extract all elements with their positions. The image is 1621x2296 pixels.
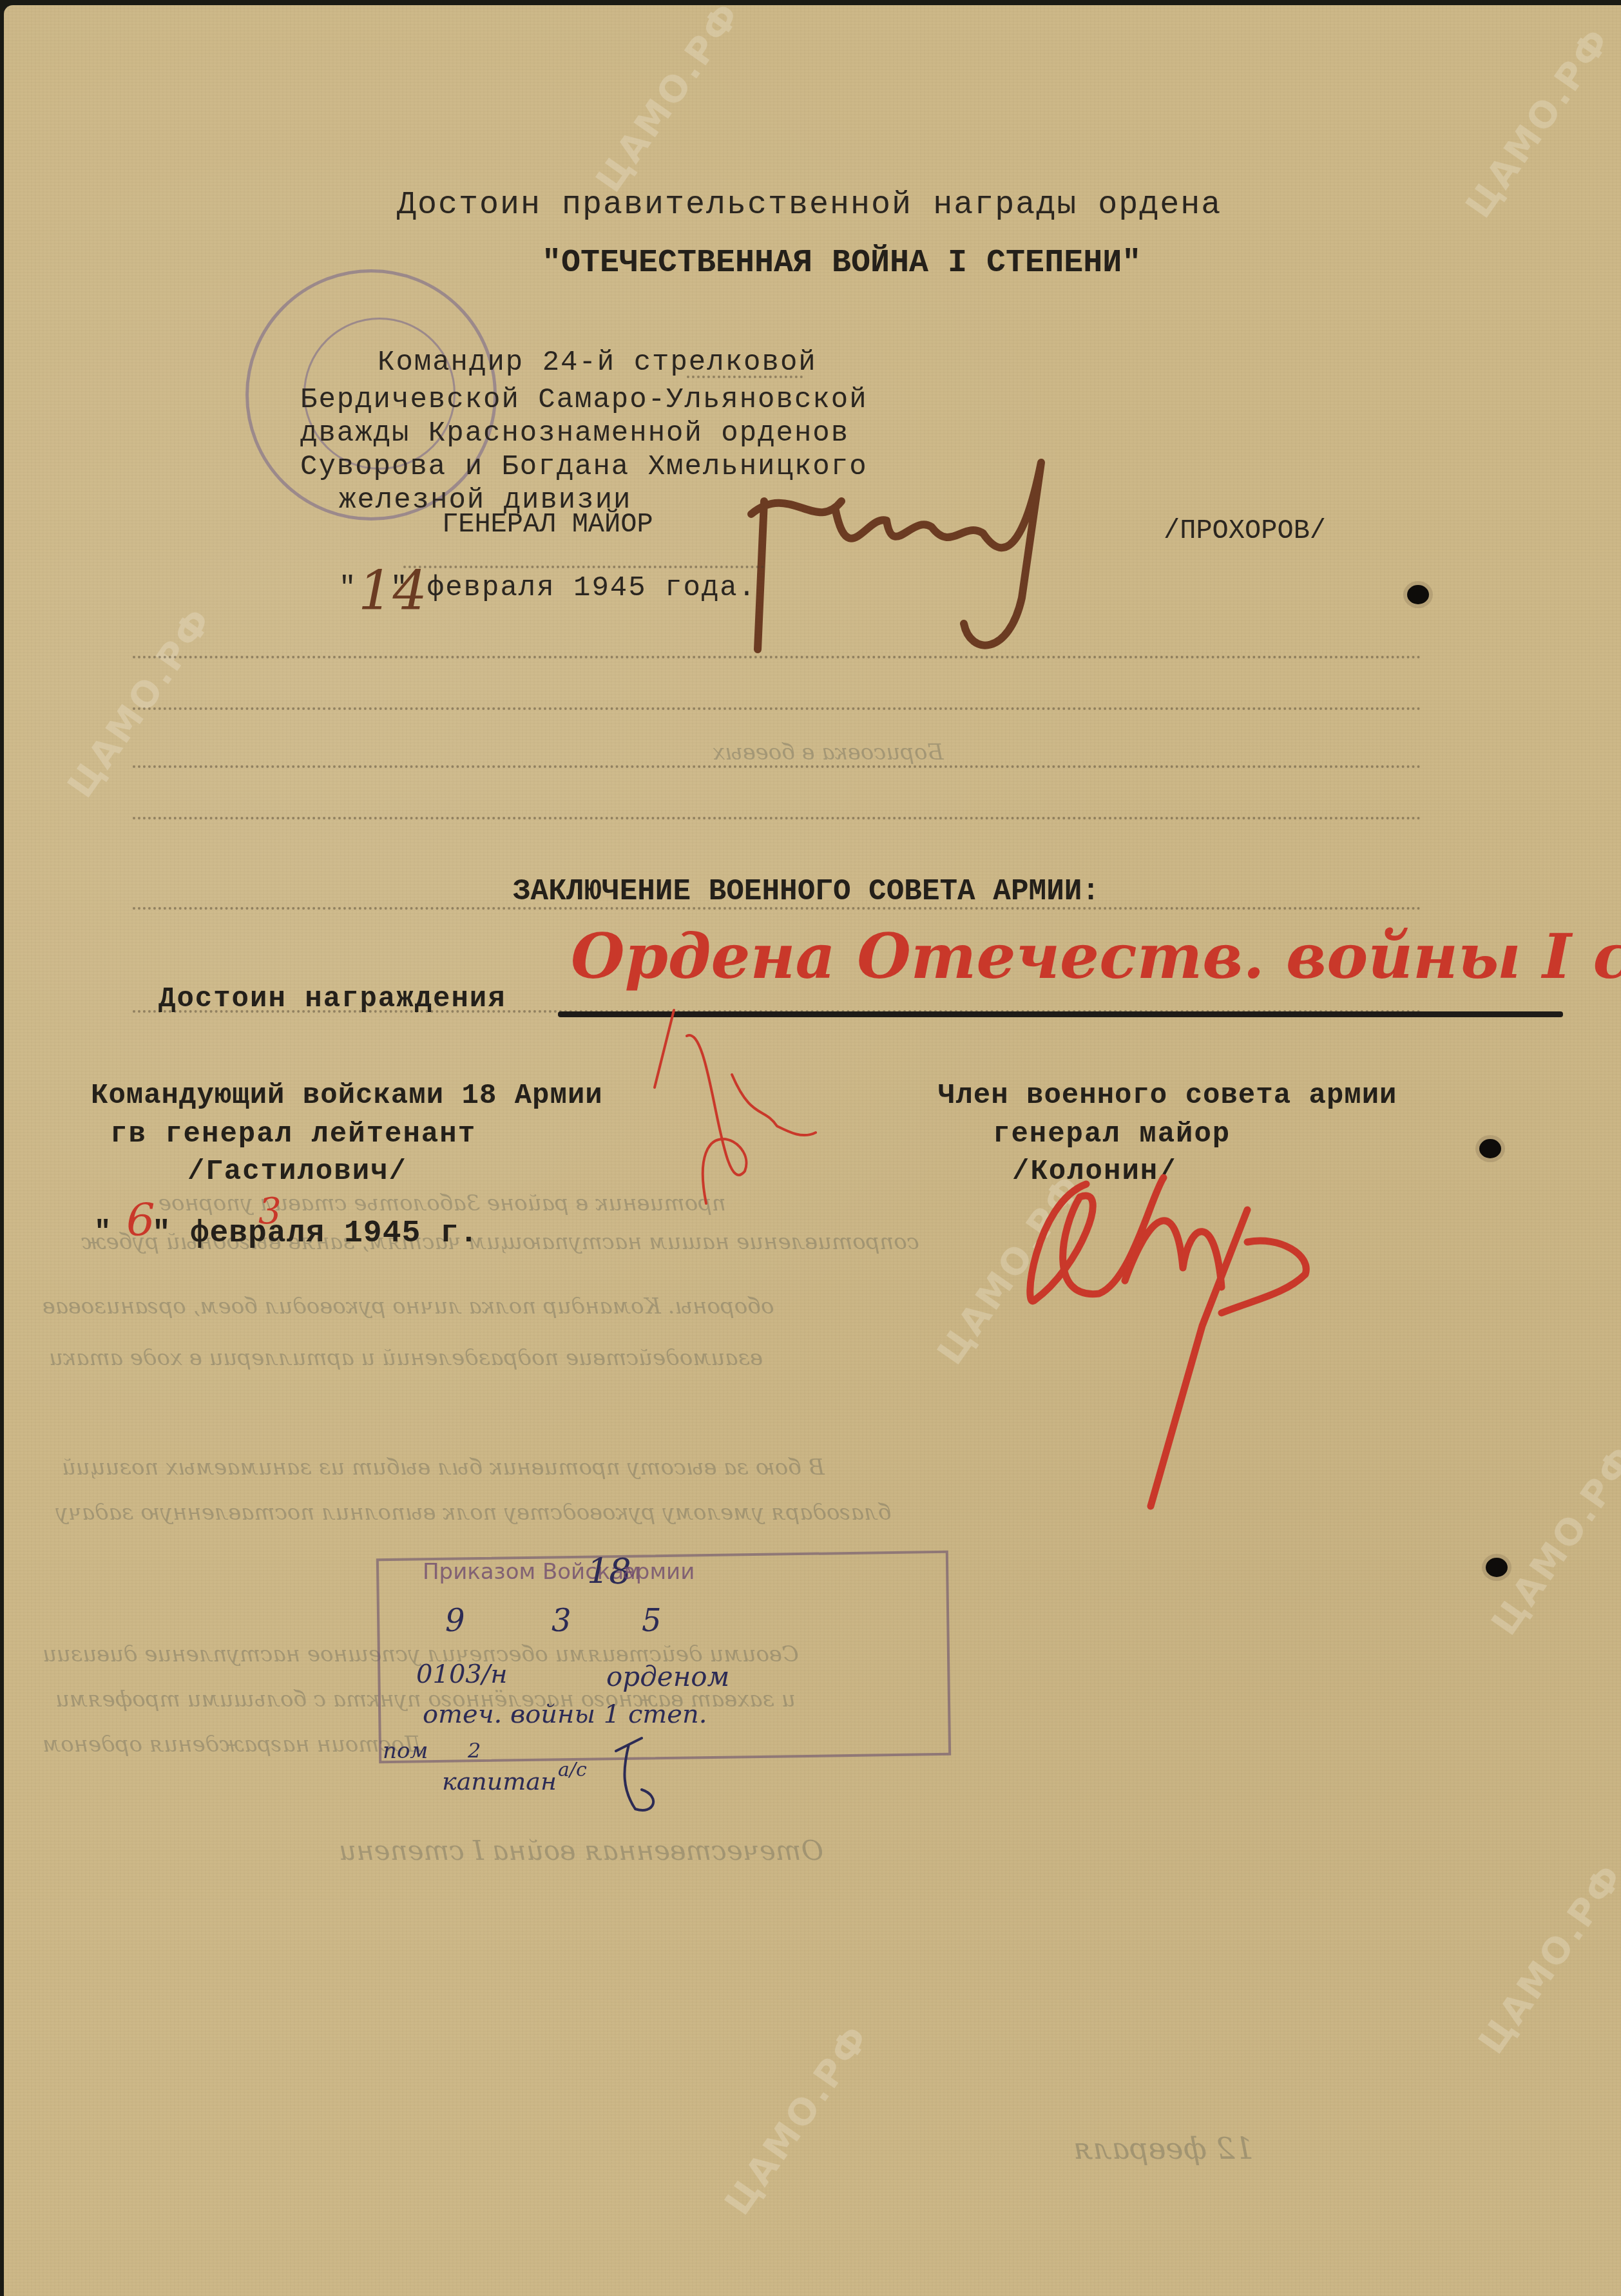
order-position-label: пом	[383, 1738, 428, 1764]
punch-hole	[1479, 1139, 1501, 1158]
dotted-line	[133, 817, 1421, 819]
order-award-line-2: отеч. войны 1 степ.	[423, 1699, 707, 1729]
council-member-title: Член военного совета армии	[938, 1080, 1397, 1112]
army-commander-name: /Гастилович/	[187, 1156, 407, 1188]
army-commander-title: Командующий войсками 18 Армии	[91, 1080, 603, 1112]
date-quote: "	[94, 1216, 112, 1248]
dotted-line	[687, 376, 803, 378]
order-stamp-suffix: армии	[622, 1559, 695, 1585]
watermark: ЦАМО.РФ	[1471, 1856, 1621, 2062]
dotted-line	[133, 765, 1421, 768]
watermark: ЦАМО.РФ	[1458, 20, 1620, 225]
commander-line: Бердичевской Самаро-Ульяновской	[300, 384, 868, 416]
watermark: ЦАМО.РФ	[717, 2017, 879, 2223]
dotted-line	[133, 656, 1421, 658]
commander-line: Командир 24-й стрелковой	[378, 347, 817, 379]
header-award-name: "ОТЕЧЕСТВЕННАЯ ВОЙНА I СТЕПЕНИ"	[542, 245, 1141, 282]
commander-date: " февраля 1945 года.	[390, 572, 756, 604]
header-line-1: Достоин правительственной награды ордена	[397, 187, 1222, 224]
order-month: 3	[552, 1603, 571, 1639]
order-award-line-1: орденом	[606, 1661, 729, 1692]
bleed-through-text: Борисовка в боевых	[713, 740, 943, 765]
army-commander-rank: гв генерал лейтенант	[110, 1118, 476, 1151]
punch-hole	[1486, 1558, 1508, 1577]
watermark: ЦАМО.РФ	[1484, 1437, 1621, 1643]
watermark: ЦАМО.РФ	[588, 0, 750, 200]
bleed-through-text: взаимодействие подразделений и артиллери…	[49, 1345, 763, 1371]
document-page: ЦАМО.РФ ЦАМО.РФ ЦАМО.РФ ЦАМО.РФ ЦАМО.РФ …	[4, 5, 1621, 2296]
order-officer-suffix: а/с	[558, 1759, 587, 1781]
order-position-number: 2	[468, 1738, 481, 1763]
punch-hole	[1407, 585, 1429, 604]
verdict-handwritten: Ордена Отечеств. войны I ст.	[571, 920, 1621, 993]
watermark: ЦАМО.РФ	[60, 600, 222, 805]
order-number: 0103/н	[416, 1660, 508, 1689]
council-title: ЗАКЛЮЧЕНИЕ ВОЕННОГО СОВЕТА АРМИИ:	[513, 875, 1100, 908]
bleed-through-text: противник в районе Заболотье ставил упор…	[158, 1191, 726, 1216]
army-commander-signature	[648, 1010, 829, 1223]
order-clerk-initials	[603, 1732, 732, 1835]
order-officer: капитан	[442, 1767, 557, 1795]
council-member-rank: генерал майор	[993, 1118, 1231, 1151]
dotted-line	[133, 707, 1421, 710]
council-member-signature	[1009, 1171, 1305, 1558]
bleed-through-text: благодаря умелому руководству полк выпол…	[55, 1500, 891, 1526]
bleed-through-text: В бою за высоту противник был выбит из з…	[62, 1455, 825, 1480]
commander-rank: ГЕНЕРАЛ МАЙОР	[442, 509, 653, 540]
commander-signature	[738, 443, 1112, 675]
bleed-through-text: Отечественная война I степени	[339, 1835, 823, 1866]
council-date: " февраля 1945 г.	[152, 1216, 479, 1251]
date-quote: "	[339, 572, 357, 604]
verdict-label: Достоин награждения	[158, 983, 506, 1015]
commander-name: /ПРОХОРОВ/	[1164, 515, 1326, 546]
dotted-line	[403, 566, 764, 568]
bleed-through-text: 12 февраля	[1073, 2131, 1254, 2166]
bleed-through-text: Достоин награждения орденом	[43, 1732, 423, 1757]
order-year: 5	[642, 1603, 662, 1639]
council-date-day: 6	[126, 1194, 155, 1247]
bleed-through-text: обороны. Командир полка лично руководил …	[43, 1294, 774, 1319]
order-day: 9	[445, 1603, 465, 1639]
